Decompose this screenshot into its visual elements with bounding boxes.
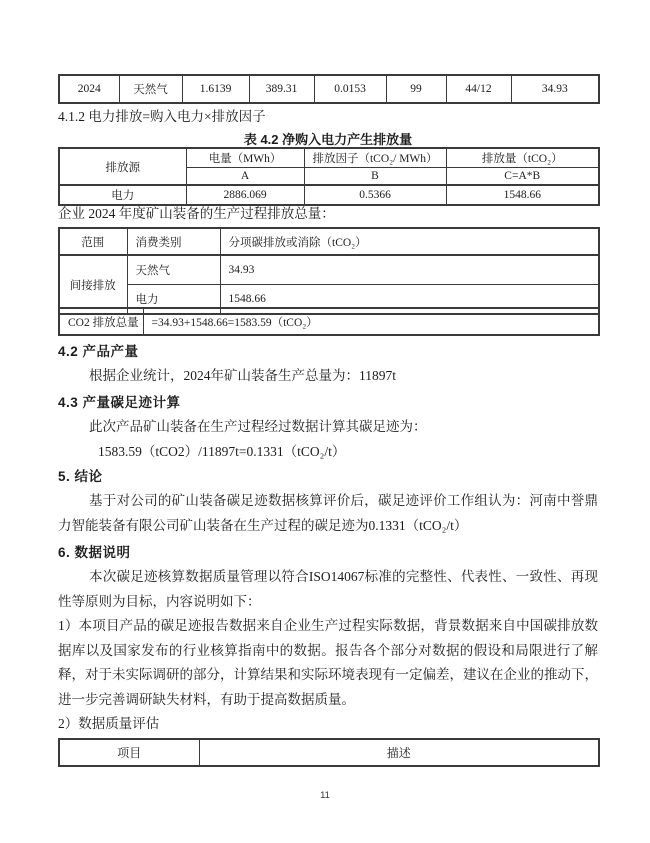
fuel-year-cell: 2024 xyxy=(59,75,119,103)
fuel-carbon-content-cell: 0.0153 xyxy=(314,75,386,103)
data-note-item-2: 2）数据质量评估 xyxy=(58,712,598,737)
scope-emission-table: 范围 消费类别 分项碳排放或消除（tCO₂） 间接排放 天然气 34.93 电力… xyxy=(58,227,600,315)
carbon-footprint-formula: 1583.59（tCO2）/11897t=0.1331（tCO₂/t） xyxy=(58,440,638,460)
amount-header: 电量（MWh） xyxy=(186,148,304,168)
fuel-emission-cell: 34.93 xyxy=(511,75,599,103)
factor-header: 排放因子（tCO₂/ MWh） xyxy=(304,148,446,168)
scope-header: 范围 xyxy=(59,228,127,255)
fuel-table-row: 2024 天然气 1.6139 389.31 0.0153 99 44/12 3… xyxy=(59,75,599,103)
section-4-2-body: 根据企业统计，2024年矿山装备生产总量为：11897t xyxy=(58,364,598,389)
co2-total-label: CO2 排放总量 xyxy=(59,308,143,335)
fuel-heat-cell: 389.31 xyxy=(249,75,314,103)
item-emission-header: 分项碳排放或消除（tCO₂） xyxy=(220,228,599,255)
page-number: 11 xyxy=(0,790,650,801)
scope-header-row: 范围 消费类别 分项碳排放或消除（tCO₂） xyxy=(59,228,599,255)
quality-desc-header: 描述 xyxy=(199,739,599,766)
emission-header: 排放量（tCO₂） xyxy=(446,148,599,168)
fuel-type-cell: 天然气 xyxy=(119,75,182,103)
col-b-label: B xyxy=(304,168,446,186)
emission-source-header: 排放源 xyxy=(59,148,186,185)
section-4-3-heading: 4.3 产量碳足迹计算 xyxy=(58,391,598,411)
section-5-heading: 5. 结论 xyxy=(58,465,598,485)
section-4-1-2-heading: 4.1.2 电力排放=购入电力×排放因子 xyxy=(58,105,598,125)
section-6-body: 本次碳足迹核算数据质量管理以符合ISO14067标准的完整性、代表性、一致性、再… xyxy=(58,565,598,614)
fuel-oxidation-rate-cell: 99 xyxy=(386,75,446,103)
total-emission-intro: 企业 2024 年度矿山装备的生产过程排放总量： xyxy=(58,202,598,227)
quality-assessment-table: 项目 描述 xyxy=(58,738,600,767)
table-4-2-title: 表 4.2 净购入电力产生排放量 xyxy=(58,129,598,148)
section-6-heading: 6. 数据说明 xyxy=(58,541,598,561)
gas-value-cell: 34.93 xyxy=(220,255,599,285)
co2-total-value: =34.93+1548.66=1583.59（tCO₂） xyxy=(143,308,599,335)
section-4-2-heading: 4.2 产品产量 xyxy=(58,340,598,360)
quality-header-row: 项目 描述 xyxy=(59,739,599,766)
scope-row-gas: 间接排放 天然气 34.93 xyxy=(59,255,599,285)
section-5-body: 基于对公司的矿山装备碳足迹数据核算评价后，碳足迹评价工作组认为：河南中誉鼎力智能… xyxy=(58,489,598,538)
category-header: 消费类别 xyxy=(127,228,220,255)
co2-total-row: CO2 排放总量 =34.93+1548.66=1583.59（tCO₂） xyxy=(58,307,600,336)
indirect-emission-label: 间接排放 xyxy=(59,255,127,314)
report-page: { "page_number": "11", "fuel_table_row":… xyxy=(0,0,650,843)
fuel-consumption-table: 2024 天然气 1.6139 389.31 0.0153 99 44/12 3… xyxy=(58,74,600,104)
fuel-conversion-cell: 44/12 xyxy=(446,75,511,103)
fuel-consumption-cell: 1.6139 xyxy=(182,75,249,103)
electricity-header-row: 排放源 电量（MWh） 排放因子（tCO₂/ MWh） 排放量（tCO₂） xyxy=(59,148,599,168)
electricity-emission-table: 排放源 电量（MWh） 排放因子（tCO₂/ MWh） 排放量（tCO₂） A … xyxy=(58,147,600,206)
gas-category-cell: 天然气 xyxy=(127,255,220,285)
quality-item-header: 项目 xyxy=(59,739,199,766)
col-c-label: C=A*B xyxy=(446,168,599,186)
col-a-label: A xyxy=(186,168,304,186)
data-note-item-1: 1）本项目产品的碳足迹报告数据来自企业生产过程实际数据，背景数据来自中国碳排放数… xyxy=(58,614,598,712)
section-4-3-body: 此次产品矿山装备在生产过程经过数据计算其碳足迹为： xyxy=(58,415,598,440)
